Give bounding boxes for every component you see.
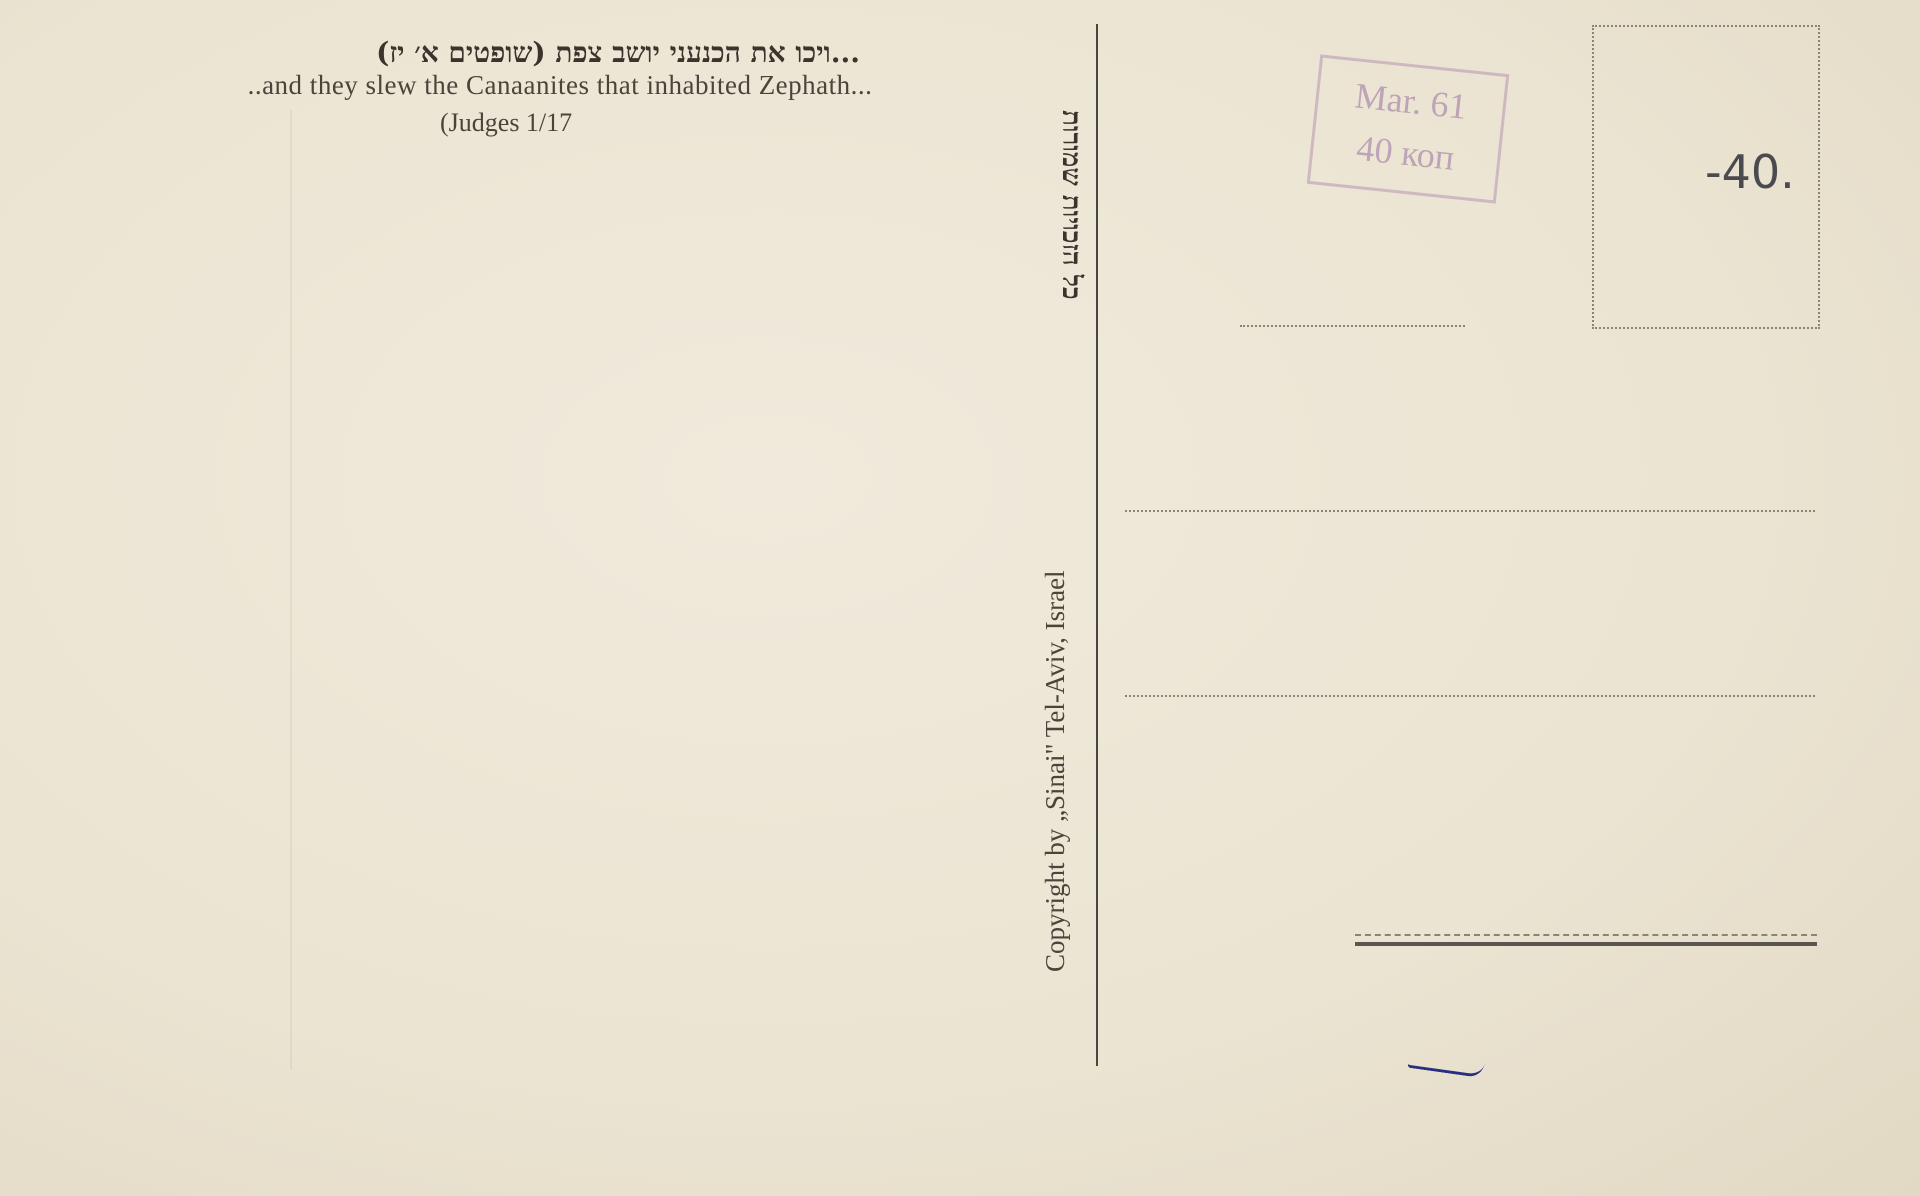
pencil-price-note: -40. [1705,145,1795,199]
ink-mark [1407,1053,1484,1078]
faded-frame [290,110,1072,1070]
copyright-text: Copyright by „Sinai" Tel-Aviv, Israel [1040,570,1071,972]
rights-reserved-hebrew: כל הזכויות שמורות [1056,110,1086,300]
rubber-stamp: Mar. 61 40 коп [1307,54,1510,203]
address-line-2 [1125,510,1815,512]
postcard-back: ...ויכו את הכנעני יושב צפת (שופטים א׳ יז… [0,0,1920,1196]
address-underline [1355,942,1817,946]
bible-reference: (Judges 1/17 [440,108,572,138]
address-line-3 [1125,695,1815,697]
center-divider [1096,24,1098,1066]
caption-hebrew: ...ויכו את הכנעני יושב צפת (שופטים א׳ יז… [240,36,860,70]
address-line-1 [1240,325,1465,327]
caption-english: ..and they slew the Canaanites that inha… [150,70,970,101]
address-line-4 [1355,934,1817,936]
